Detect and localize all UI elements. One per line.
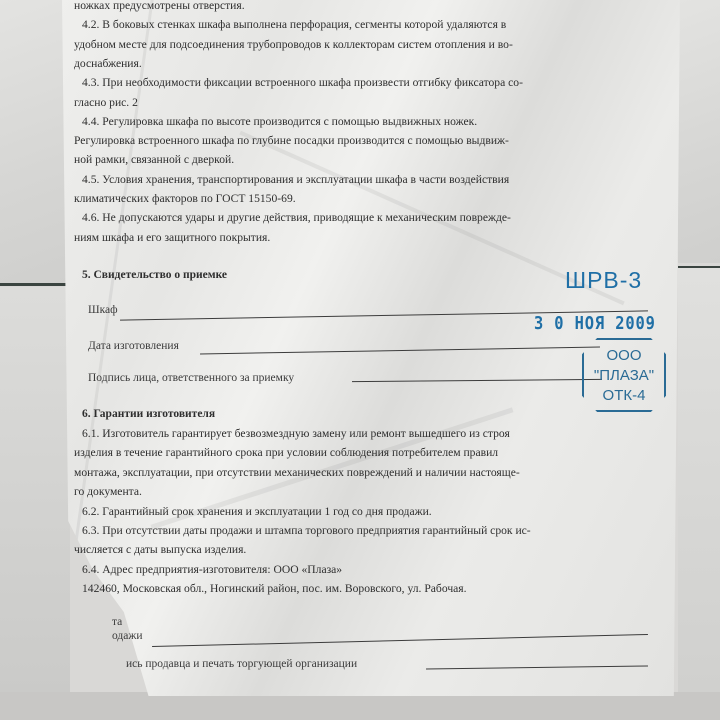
text-line: климатических факторов по ГОСТ 15150-69. xyxy=(74,189,296,209)
text-line: изделия в течение гарантийного срока при… xyxy=(74,443,498,463)
date-stamp: 3 0 НОЯ 2009 xyxy=(534,314,656,334)
text-line: 4.4. Регулировка шкафа по высоте произво… xyxy=(82,112,477,132)
model-stamp: ШРВ-3 xyxy=(565,267,642,294)
stamp-line-3: ОТК-4 xyxy=(584,386,664,406)
stamp-line-1: ООО xyxy=(584,346,664,366)
text-line: числяется с даты выпуска изделия. xyxy=(74,540,246,560)
text-line: монтажа, эксплуатации, при отсутствии ме… xyxy=(74,463,520,483)
field-label-signature: Подпись лица, ответственного за приемку xyxy=(88,372,294,384)
text-line: 6.4. Адрес предприятия-изготовителя: ООО… xyxy=(82,560,342,580)
text-line: го документа. xyxy=(74,482,142,502)
text-line: 4.6. Не допускаются удары и другие дейст… xyxy=(82,208,511,228)
text-line: доснабжения. xyxy=(74,54,142,74)
section-6-title: 6. Гарантии изготовителя xyxy=(82,405,215,425)
otk-stamp: ООО "ПЛАЗА" ОТК-4 xyxy=(582,338,666,412)
wall-tile xyxy=(0,0,70,283)
wall-tile xyxy=(678,268,720,720)
surface-edge xyxy=(0,692,720,720)
field-label-sale-date-a: та xyxy=(112,616,122,628)
text-line: ной рамки, связанной с дверкой. xyxy=(74,150,234,170)
stamp-line-2: "ПЛАЗА" xyxy=(584,366,664,386)
text-line: гласно рис. 2 xyxy=(74,93,138,113)
text-line: ножках предусмотрены отверстия. xyxy=(74,0,245,16)
text-line: 4.3. При необходимости фиксации встроенн… xyxy=(82,73,523,93)
text-line: удобном месте для подсоединения трубопро… xyxy=(74,35,513,55)
text-line: 4.2. В боковых стенках шкафа выполнена п… xyxy=(82,15,506,35)
tile-grout xyxy=(0,283,72,286)
wall-tile xyxy=(0,287,70,720)
field-label-seller-signature: ись продавца и печать торгующей организа… xyxy=(126,658,357,670)
text-line: Регулировка встроенного шкафа по глубине… xyxy=(74,131,509,151)
tile-grout xyxy=(678,266,720,268)
field-label-cabinet: Шкаф xyxy=(88,304,118,316)
section-5-title: 5. Свидетельство о приемке xyxy=(82,266,227,286)
field-label-manufacture-date: Дата изготовления xyxy=(88,340,179,352)
text-line: 4.5. Условия хранения, транспортирования… xyxy=(82,170,509,190)
text-line: 142460, Московская обл., Ногинский район… xyxy=(82,579,467,599)
text-line: 6.1. Изготовитель гарантирует безвозмезд… xyxy=(82,424,510,444)
wall-tile xyxy=(678,0,720,263)
text-line: 6.2. Гарантийный срок хранения и эксплуа… xyxy=(82,502,432,522)
text-line: 6.3. При отсутствии даты продажи и штамп… xyxy=(82,521,531,541)
text-line: ниям шкафа и его защитного покрытия. xyxy=(74,228,270,248)
field-label-sale-date-b: одажи xyxy=(112,630,142,642)
